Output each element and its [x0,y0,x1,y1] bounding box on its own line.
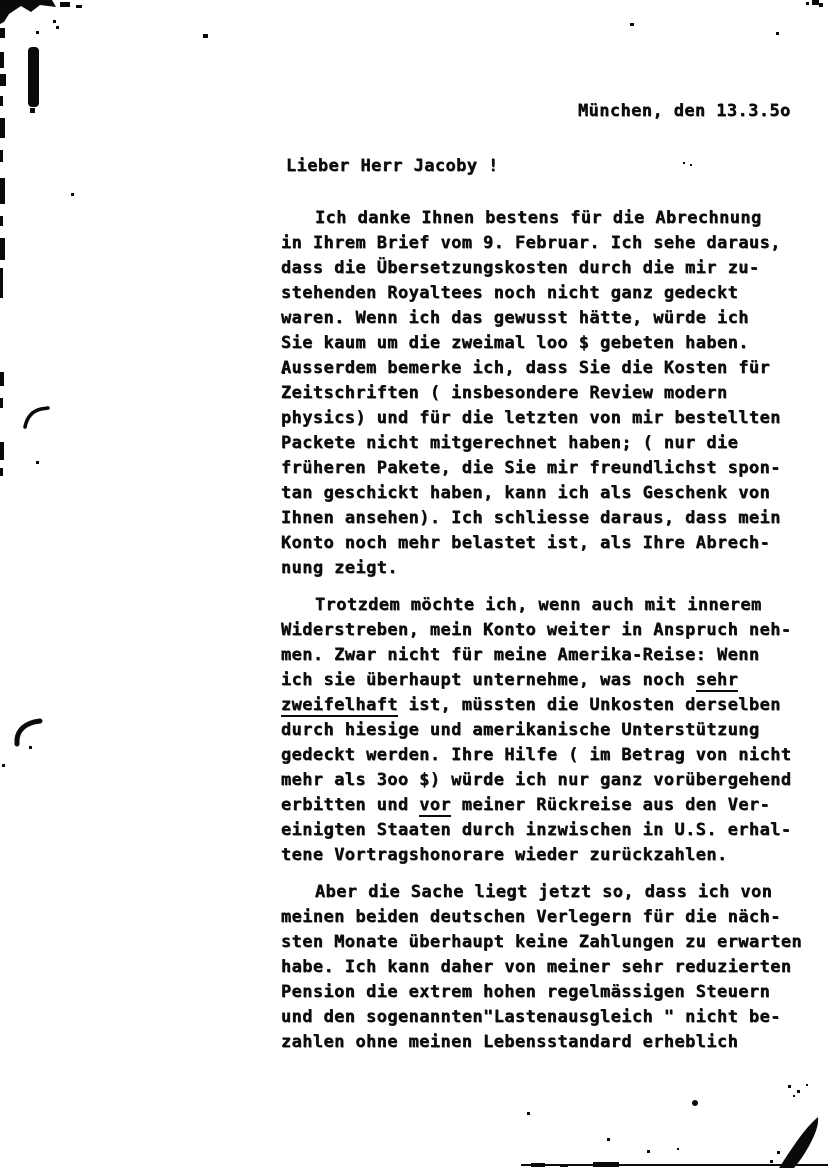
scan-edge-noise-left [0,28,285,476]
letter-line: nung zeigt. [281,556,821,581]
letter-line: Ich danke Ihnen bestens für die Abrechnu… [281,206,821,231]
text-segment: in Ihrem Brief vom 9. Februar. Ich sehe … [281,233,781,253]
letter-line: meinen beiden deutschen Verlegern für di… [281,905,821,930]
text-segment: Trotzdem möchte ich, wenn auch mit inner… [315,595,762,615]
letter-line: einigten Staaten durch inzwischen in U.S… [281,818,821,843]
handwritten-tick-mark-2 [2,721,40,767]
letter-page: München, den 13.3.5o Lieber Herr Jacoby … [0,0,828,1169]
text-segment: gedeckt werden. Ihre Hilfe ( im Betrag v… [281,745,791,765]
text-segment: Sie kaum um die zweimal loo $ gebeten ha… [281,333,749,353]
text-segment: Ihnen ansehen). Ich schliesse daraus, da… [281,508,781,528]
salutation: Lieber Herr Jacoby ! [286,156,499,176]
letter-line: Konto noch mehr belastet ist, als Ihre A… [281,531,821,556]
text-segment: Pension die extrem hohen regelmässigen S… [281,982,770,1002]
text-segment: und den sogenannten"Lastenausgleich " ni… [281,1007,781,1027]
letter-line: stehenden Royaltees noch nicht ganz gede… [281,281,821,306]
handwritten-tick-mark-1 [25,408,48,464]
letter-line: Widerstreben, mein Konto weiter in Anspr… [281,618,821,643]
letter-line: Ihnen ansehen). Ich schliesse daraus, da… [281,506,821,531]
letter-line: Sie kaum um die zweimal loo $ gebeten ha… [281,331,821,356]
letter-line: ich sie überhaupt unternehme, was noch s… [281,668,821,693]
letter-line: in Ihrem Brief vom 9. Februar. Ich sehe … [281,231,821,256]
letter-line: erbitten und vor meiner Rückreise aus de… [281,793,821,818]
paragraph: Ich danke Ihnen bestens für die Abrechnu… [281,206,821,581]
text-segment: früheren Pakete, die Sie mir freundlichs… [281,458,781,478]
text-segment: meiner Rückreise aus den Ver- [451,795,770,815]
letter-line: und den sogenannten"Lastenausgleich " ni… [281,1005,821,1030]
letter-body: Ich danke Ihnen bestens für die Abrechnu… [281,206,821,1067]
text-segment: Ausserdem bemerke ich, dass Sie die Kost… [281,358,770,378]
letter-line: durch hiesige und amerikanische Unterstü… [281,718,821,743]
letter-line: mehr als 3oo $) würde ich nur ganz vorüb… [281,768,821,793]
letter-line: waren. Wenn ich das gewusst hätte, würde… [281,306,821,331]
underlined-word: sehr [696,670,739,692]
letter-line: Zeitschriften ( insbesondere Review mode… [281,381,821,406]
text-segment: tan geschickt haben, kann ich als Gesche… [281,483,770,503]
scan-mark-top-right [806,0,823,7]
text-segment: ich sie überhaupt unternehme, was noch [281,670,696,690]
letter-line: früheren Pakete, die Sie mir freundlichs… [281,456,821,481]
text-segment: einigten Staaten durch inzwischen in U.S… [281,820,791,840]
scan-line-bottom [521,1162,828,1167]
text-segment: mehr als 3oo $) würde ich nur ganz vorüb… [281,770,791,790]
letter-line: Packete nicht mitgerechnet haben; ( nur … [281,431,821,456]
letter-line: habe. Ich kann daher von meiner sehr red… [281,955,821,980]
letter-line: dass die Übersetzungskosten durch die mi… [281,256,821,281]
text-segment: habe. Ich kann daher von meiner sehr red… [281,957,791,977]
letter-line: physics) und für die letzten von mir bes… [281,406,821,431]
letter-line: Aber die Sache liegt jetzt so, dass ich … [281,880,821,905]
text-segment: Widerstreben, mein Konto weiter in Anspr… [281,620,791,640]
text-segment: men. Zwar nicht für meine Amerika-Reise:… [281,645,760,665]
text-segment: physics) und für die letzten von mir bes… [281,408,781,428]
letter-line: gedeckt werden. Ihre Hilfe ( im Betrag v… [281,743,821,768]
text-segment: dass die Übersetzungskosten durch die mi… [281,258,760,278]
ink-bar-tail [30,108,35,113]
text-segment: Ich danke Ihnen bestens für die Abrechnu… [315,208,762,228]
ink-bar-mark [28,47,39,107]
letter-line: Trotzdem möchte ich, wenn auch mit inner… [281,593,821,618]
underlined-word: vor [419,795,451,817]
letter-line: sten Monate überhaupt keine Zahlungen zu… [281,930,821,955]
underlined-word: zweifelhaft [281,695,398,717]
text-segment: Aber die Sache liegt jetzt so, dass ich … [315,882,772,902]
text-segment: erbitten und [281,795,419,815]
letter-line: Pension die extrem hohen regelmässigen S… [281,980,821,1005]
letter-line: men. Zwar nicht für meine Amerika-Reise:… [281,643,821,668]
letter-line: tan geschickt haben, kann ich als Gesche… [281,481,821,506]
paragraph: Trotzdem möchte ich, wenn auch mit inner… [281,593,821,868]
text-segment: tene Vortragshonorare wieder zurückzahle… [281,845,728,865]
letter-line: Ausserdem bemerke ich, dass Sie die Kost… [281,356,821,381]
text-segment: Konto noch mehr belastet ist, als Ihre A… [281,533,770,553]
letter-line: tene Vortragshonorare wieder zurückzahle… [281,843,821,868]
text-segment: sten Monate überhaupt keine Zahlungen zu… [281,932,802,952]
ink-blotch-bottom-right [779,1117,818,1168]
text-segment: meinen beiden deutschen Verlegern für di… [281,907,781,927]
ink-smudge-top-left [0,0,208,38]
text-segment: zahlen ohne meinen Lebensstandard erhebl… [281,1032,738,1052]
text-segment: nung zeigt. [281,558,398,578]
text-segment: durch hiesige und amerikanische Unterstü… [281,720,760,740]
text-segment: ist, müssten die Unkosten derselben [398,695,781,715]
text-segment: waren. Wenn ich das gewusst hätte, würde… [281,308,749,328]
letter-line: zweifelhaft ist, müssten die Unkosten de… [281,693,821,718]
dateline: München, den 13.3.5o [578,101,791,121]
text-segment: Packete nicht mitgerechnet haben; ( nur … [281,433,738,453]
letter-line: zahlen ohne meinen Lebensstandard erhebl… [281,1030,821,1055]
text-segment: Zeitschriften ( insbesondere Review mode… [281,383,728,403]
paragraph: Aber die Sache liegt jetzt so, dass ich … [281,880,821,1055]
text-segment: stehenden Royaltees noch nicht ganz gede… [281,283,738,303]
